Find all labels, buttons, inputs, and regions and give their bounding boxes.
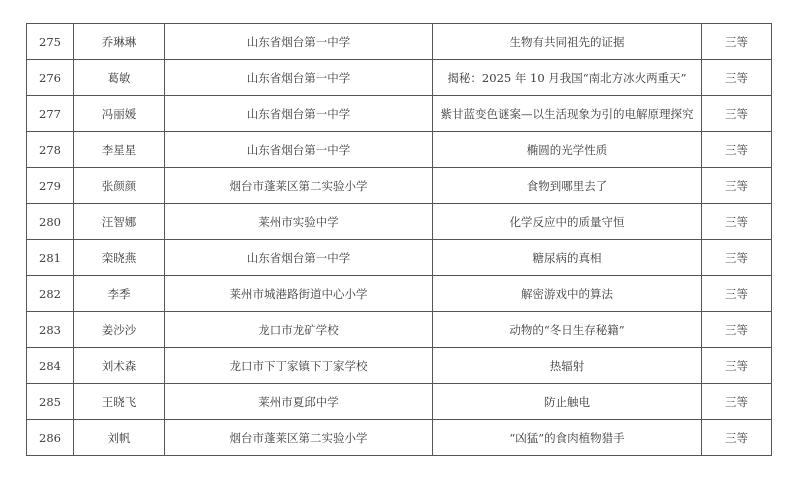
- cell-name: 刘帆: [74, 420, 165, 456]
- cell-title: 化学反应中的质量守恒: [433, 204, 702, 240]
- cell-title: 糖尿病的真相: [433, 240, 702, 276]
- cell-award: 三等: [702, 348, 772, 384]
- cell-name: 刘术森: [74, 348, 165, 384]
- cell-school: 烟台市蓬莱区第二实验小学: [165, 420, 433, 456]
- cell-award: 三等: [702, 60, 772, 96]
- cell-school: 山东省烟台第一中学: [165, 240, 433, 276]
- table-row: 284 刘术森 龙口市下丁家镇下丁家学校 热辐射 三等: [27, 348, 772, 384]
- cell-school: 龙口市下丁家镇下丁家学校: [165, 348, 433, 384]
- cell-title: 椭圆的光学性质: [433, 132, 702, 168]
- cell-name: 李星星: [74, 132, 165, 168]
- cell-award: 三等: [702, 168, 772, 204]
- table-row: 281 栾晓燕 山东省烟台第一中学 糖尿病的真相 三等: [27, 240, 772, 276]
- cell-award: 三等: [702, 276, 772, 312]
- cell-number: 276: [27, 60, 74, 96]
- cell-award: 三等: [702, 312, 772, 348]
- cell-school: 山东省烟台第一中学: [165, 60, 433, 96]
- cell-school: 莱州市夏邱中学: [165, 384, 433, 420]
- table-row: 279 张颜颜 烟台市蓬莱区第二实验小学 食物到哪里去了 三等: [27, 168, 772, 204]
- cell-name: 葛敏: [74, 60, 165, 96]
- cell-number: 277: [27, 96, 74, 132]
- cell-name: 冯丽媛: [74, 96, 165, 132]
- cell-award: 三等: [702, 240, 772, 276]
- cell-name: 姜沙沙: [74, 312, 165, 348]
- table-row: 276 葛敏 山东省烟台第一中学 揭秘：2025 年 10 月我国“南北方冰火两…: [27, 60, 772, 96]
- cell-school: 山东省烟台第一中学: [165, 24, 433, 60]
- cell-name: 汪智娜: [74, 204, 165, 240]
- cell-title: “凶猛”的食肉植物猎手: [433, 420, 702, 456]
- cell-title: 食物到哪里去了: [433, 168, 702, 204]
- cell-award: 三等: [702, 96, 772, 132]
- cell-number: 280: [27, 204, 74, 240]
- cell-name: 张颜颜: [74, 168, 165, 204]
- cell-name: 栾晓燕: [74, 240, 165, 276]
- table-row: 282 李季 莱州市城港路街道中心小学 解密游戏中的算法 三等: [27, 276, 772, 312]
- cell-school: 龙口市龙矿学校: [165, 312, 433, 348]
- cell-school: 莱州市实验中学: [165, 204, 433, 240]
- cell-number: 283: [27, 312, 74, 348]
- cell-number: 278: [27, 132, 74, 168]
- table-row: 275 乔琳琳 山东省烟台第一中学 生物有共同祖先的证据 三等: [27, 24, 772, 60]
- cell-title: 解密游戏中的算法: [433, 276, 702, 312]
- cell-number: 279: [27, 168, 74, 204]
- cell-award: 三等: [702, 420, 772, 456]
- cell-number: 281: [27, 240, 74, 276]
- cell-number: 284: [27, 348, 74, 384]
- table-body: 275 乔琳琳 山东省烟台第一中学 生物有共同祖先的证据 三等 276 葛敏 山…: [27, 24, 772, 456]
- cell-school: 山东省烟台第一中学: [165, 132, 433, 168]
- cell-title: 热辐射: [433, 348, 702, 384]
- cell-award: 三等: [702, 204, 772, 240]
- cell-name: 乔琳琳: [74, 24, 165, 60]
- award-list-table: 275 乔琳琳 山东省烟台第一中学 生物有共同祖先的证据 三等 276 葛敏 山…: [26, 23, 772, 456]
- table-row: 283 姜沙沙 龙口市龙矿学校 动物的“冬日生存秘籍” 三等: [27, 312, 772, 348]
- cell-name: 李季: [74, 276, 165, 312]
- cell-award: 三等: [702, 132, 772, 168]
- cell-school: 山东省烟台第一中学: [165, 96, 433, 132]
- cell-number: 275: [27, 24, 74, 60]
- cell-title: 紫甘蓝变色谜案—以生活现象为引的电解原理探究: [433, 96, 702, 132]
- cell-number: 286: [27, 420, 74, 456]
- cell-school: 烟台市蓬莱区第二实验小学: [165, 168, 433, 204]
- cell-award: 三等: [702, 384, 772, 420]
- table-row: 285 王晓飞 莱州市夏邱中学 防止触电 三等: [27, 384, 772, 420]
- cell-number: 285: [27, 384, 74, 420]
- cell-title: 生物有共同祖先的证据: [433, 24, 702, 60]
- cell-title: 揭秘：2025 年 10 月我国“南北方冰火两重天”: [433, 60, 702, 96]
- table-row: 277 冯丽媛 山东省烟台第一中学 紫甘蓝变色谜案—以生活现象为引的电解原理探究…: [27, 96, 772, 132]
- cell-award: 三等: [702, 24, 772, 60]
- table-row: 280 汪智娜 莱州市实验中学 化学反应中的质量守恒 三等: [27, 204, 772, 240]
- cell-school: 莱州市城港路街道中心小学: [165, 276, 433, 312]
- table-row: 286 刘帆 烟台市蓬莱区第二实验小学 “凶猛”的食肉植物猎手 三等: [27, 420, 772, 456]
- table-row: 278 李星星 山东省烟台第一中学 椭圆的光学性质 三等: [27, 132, 772, 168]
- cell-title: 动物的“冬日生存秘籍”: [433, 312, 702, 348]
- cell-title: 防止触电: [433, 384, 702, 420]
- cell-name: 王晓飞: [74, 384, 165, 420]
- cell-number: 282: [27, 276, 74, 312]
